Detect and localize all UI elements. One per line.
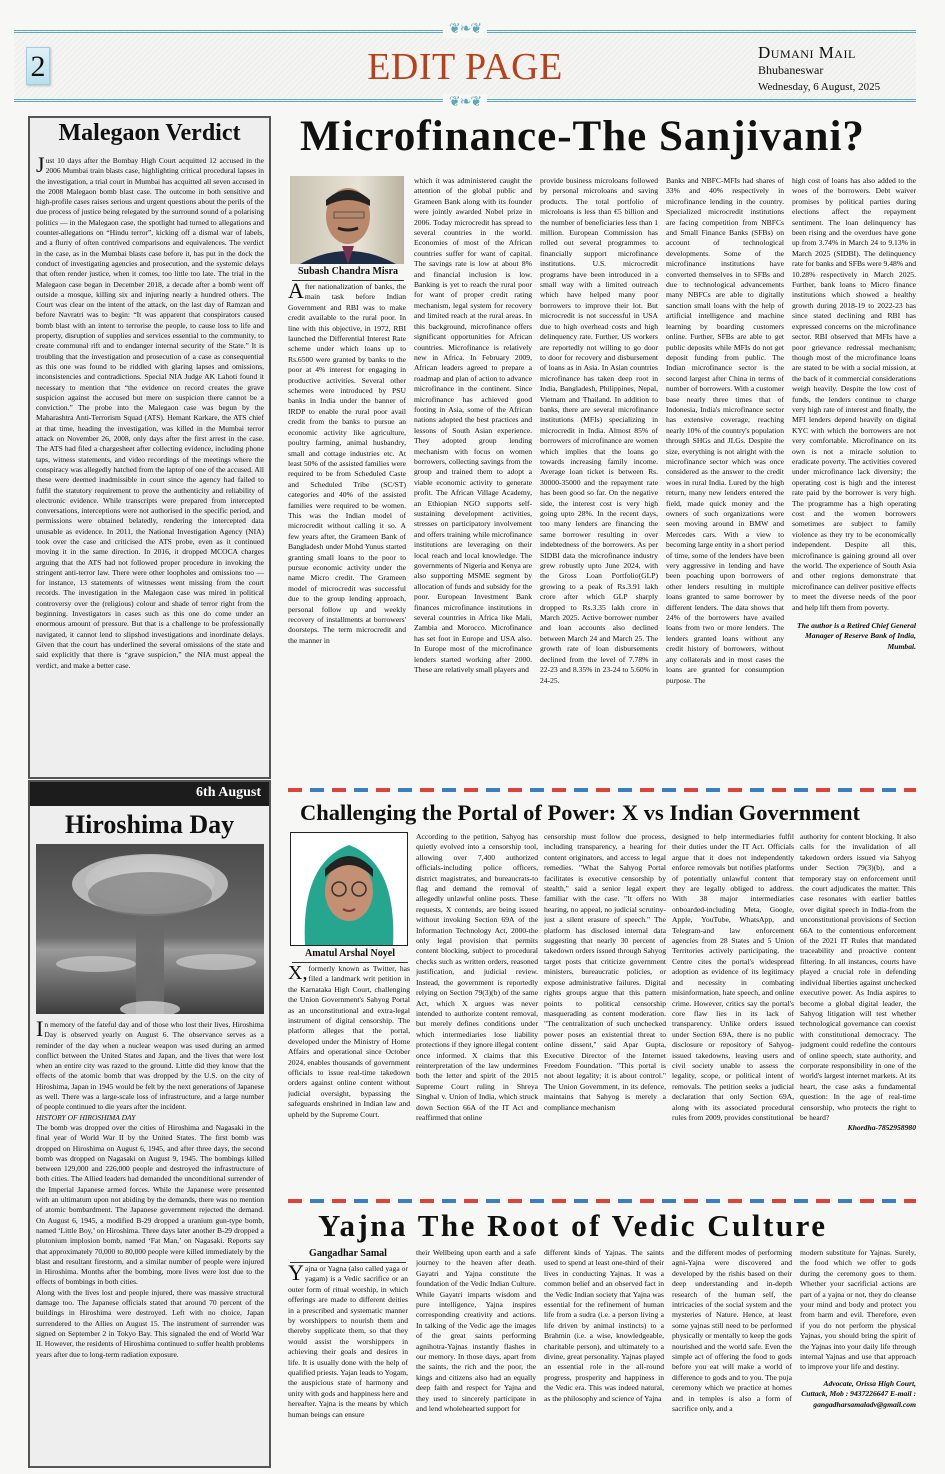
portal-col-4: designed to help intermediaries fulfil t…	[672, 832, 794, 1186]
portal-col-3: censorship must follow due process, incl…	[544, 832, 666, 1186]
hiroshima-body: In memory of the fateful day and of thos…	[36, 1020, 264, 1464]
author-portrait-icon	[291, 833, 407, 945]
malegaon-title: Malegaon Verdict	[30, 120, 269, 147]
microfinance-col-4: Banks and NBFC-MFIs had shares of 33% an…	[666, 176, 784, 770]
portal-col-1: X, formerly known as Twitter, has filed …	[288, 964, 410, 1186]
dropcap: Y	[288, 1264, 304, 1282]
dropcap: X,	[288, 964, 307, 982]
author-signoff: Advocate, Orissa High Court, Cuttack, Mo…	[800, 1379, 916, 1410]
section-divider-2	[288, 1199, 916, 1203]
masthead: ❦❧❦ 2 EDIT PAGE Dumani Mail Bhubaneswar …	[14, 30, 916, 102]
yajna-col-4: and the different modes of performing ag…	[672, 1248, 792, 1470]
author-byline: Amatul Arshal Noyel	[292, 948, 408, 963]
yajna-headline: Yajna The Root of Vedic Culture	[318, 1208, 828, 1244]
yajna-col-5: modern substitute for Yajnas. Surely, th…	[800, 1248, 916, 1470]
issue-date: Wednesday, 6 August, 2025	[758, 81, 908, 93]
date-bar: 6th August	[30, 782, 269, 806]
author-portrait-icon	[290, 176, 404, 264]
microfinance-col-2: which it was administered caught the att…	[414, 176, 532, 770]
author-byline: Gangadhar Samal	[290, 1248, 406, 1263]
author-signoff: The author is a Retired Chief General Ma…	[792, 621, 916, 652]
malegaon-verdict-box: Malegaon Verdict Just 10 days after the …	[28, 116, 271, 779]
microfinance-col-5: high cost of loans has also added to the…	[792, 176, 916, 770]
history-subhead: HISTORY OF HIROSHIMA DAY	[36, 1113, 264, 1123]
ornament-bottom-icon: ❦❧❦	[443, 94, 487, 111]
hiroshima-title: Hiroshima Day	[30, 810, 269, 840]
author-byline: Subash Chandra Misra	[292, 266, 404, 281]
mushroom-cloud-image	[36, 844, 264, 1014]
edition-city: Bhubaneswar	[758, 63, 908, 78]
atomic-cloud-icon	[36, 844, 264, 1014]
microfinance-headline: Microfinance-The Sanjivani?	[300, 112, 865, 161]
yajna-col-3: different kinds of Yajnas. The saints us…	[544, 1248, 664, 1470]
malegaon-body: Just 10 days after the Bombay High Court…	[36, 156, 264, 778]
ornament-top-icon: ❦❧❦	[443, 21, 487, 38]
section-divider-1	[288, 788, 916, 792]
newspaper-brand: Dumani Mail Bhubaneswar Wednesday, 6 Aug…	[758, 43, 908, 93]
dropcap: A	[288, 282, 304, 300]
portal-col-2: According to the petition, Sahyog has qu…	[416, 832, 538, 1186]
paper-name: Dumani Mail	[758, 43, 908, 63]
yajna-col-1: Yajna or Yagna (also called yaga or yaga…	[288, 1264, 408, 1470]
hiroshima-day-box: 6th August Hiroshima Day In memory of th…	[28, 780, 271, 1468]
author-photo-subash	[290, 176, 404, 264]
microfinance-col-3: provide business microloans followed by …	[540, 176, 658, 770]
portal-headline: Challenging the Portal of Power: X vs In…	[300, 800, 860, 826]
author-photo-amatul	[290, 832, 408, 946]
portal-col-5: authority for content blocking. It also …	[800, 832, 916, 1186]
dropcap: J	[36, 156, 45, 174]
yajna-col-2: their Wellbeing upon earth and a safe jo…	[416, 1248, 536, 1470]
dropcap: I	[36, 1020, 43, 1038]
author-signoff: Khordha-7852958980	[800, 1123, 916, 1133]
microfinance-col-1: After nationalization of banks, the main…	[288, 282, 406, 770]
